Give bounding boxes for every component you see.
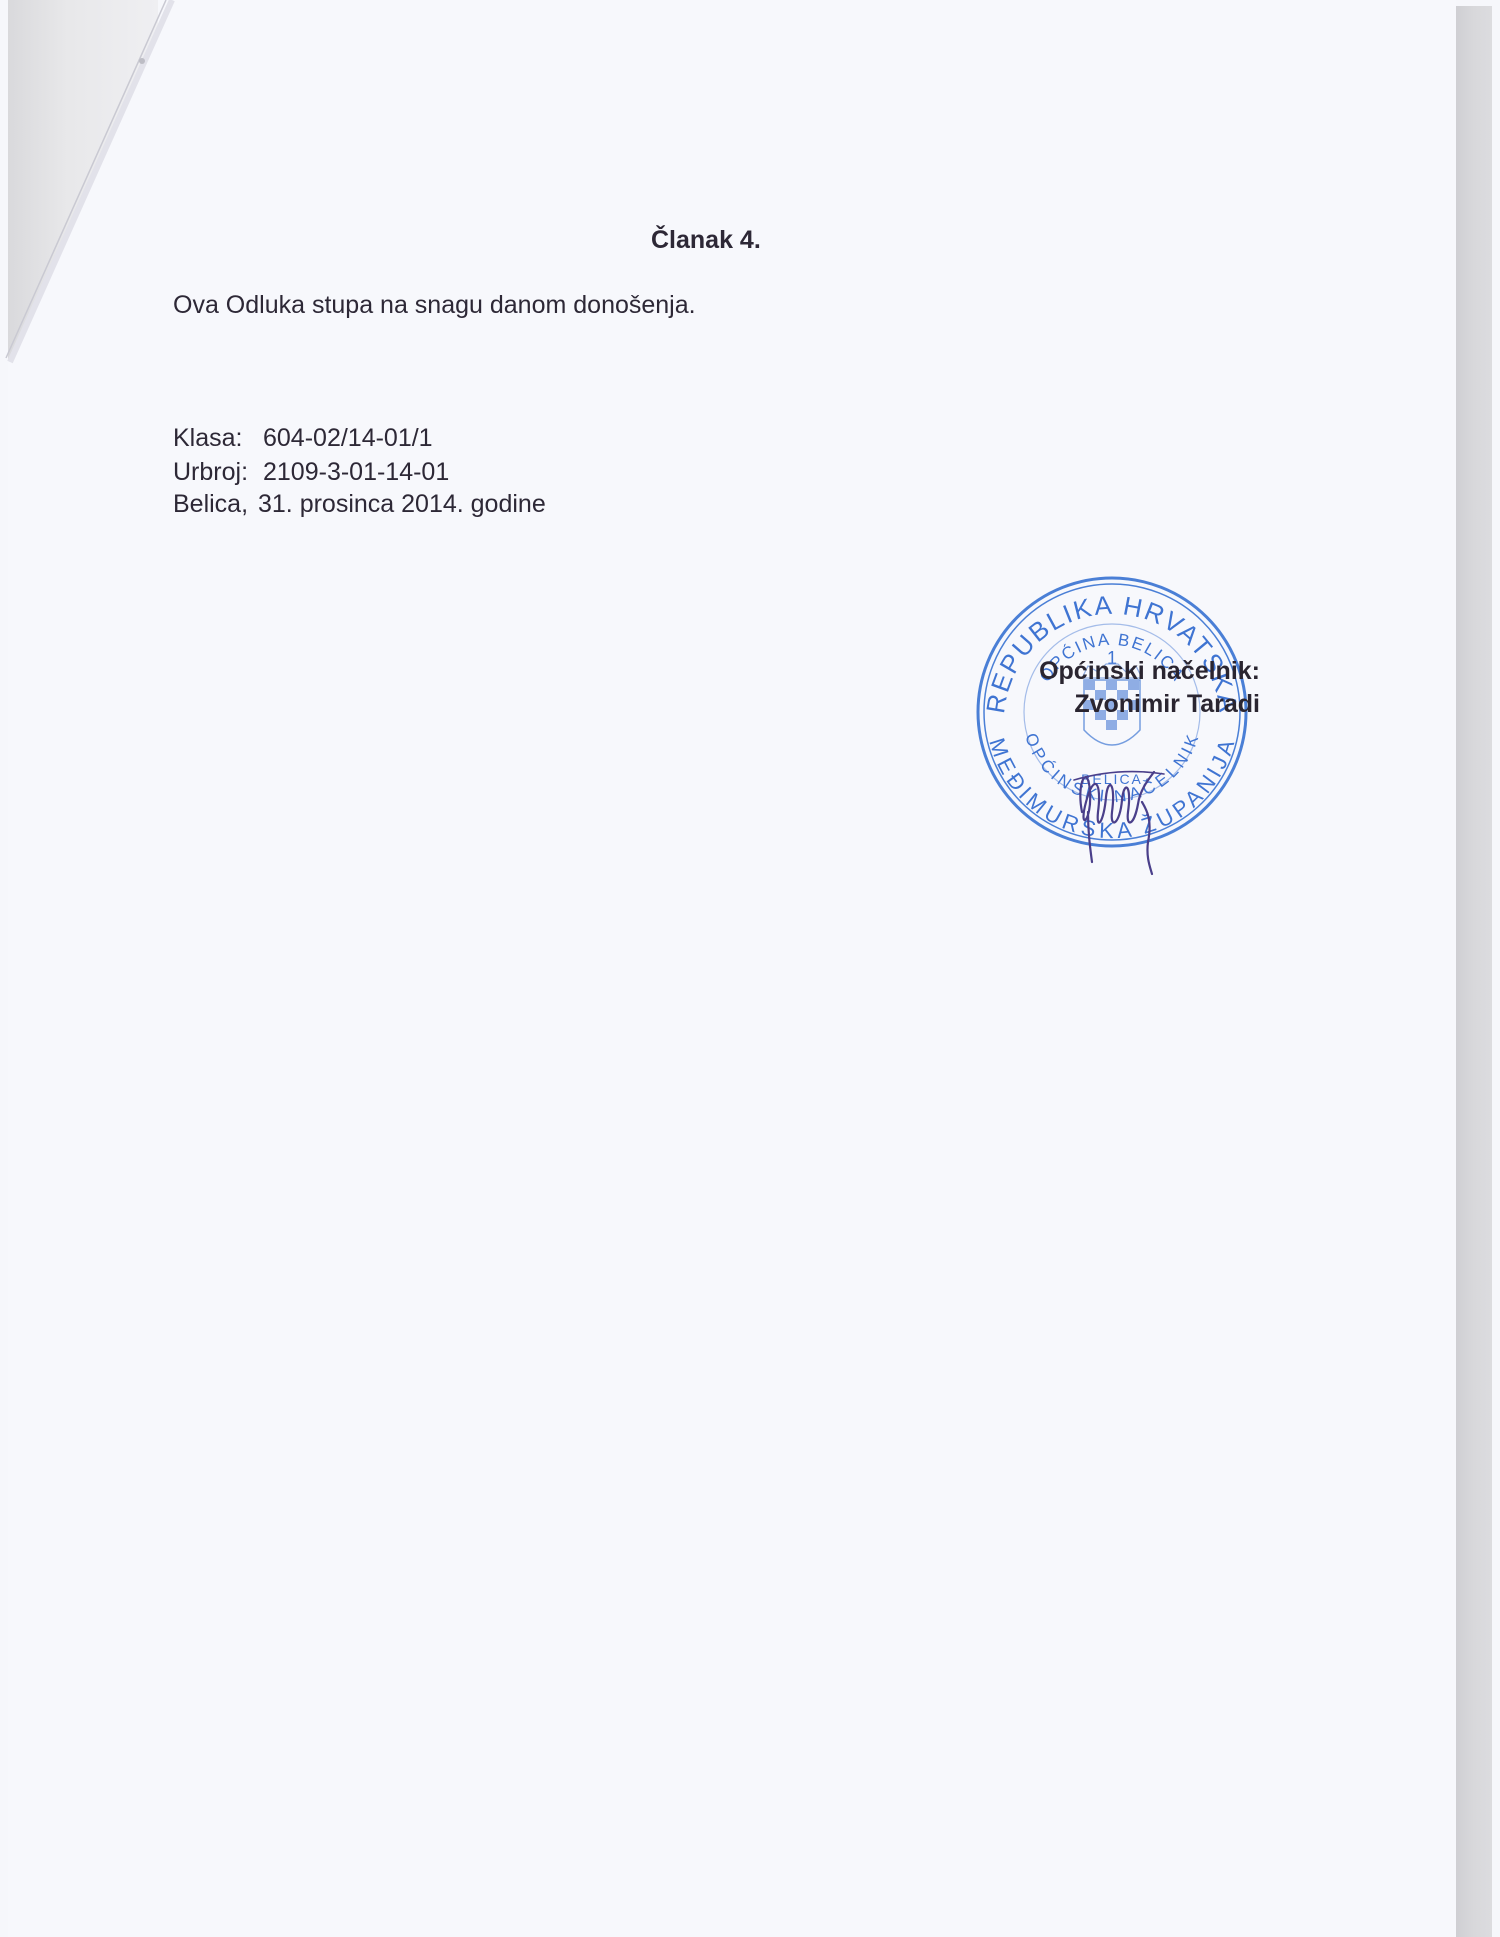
meta-label: Belica,	[173, 490, 258, 519]
signatory-name: Zvonimir Taradi	[1074, 690, 1260, 719]
meta-label: Urbroj:	[173, 458, 263, 487]
meta-value: 604-02/14-01/1	[263, 424, 433, 452]
meta-label: Klasa:	[173, 424, 263, 453]
article-body: Ova Odluka stupa na snagu danom donošenj…	[173, 291, 696, 320]
handwritten-signature-icon	[1068, 752, 1178, 882]
meta-urbroj: Urbroj:2109-3-01-14-01	[173, 458, 449, 487]
meta-value: 31. prosinca 2014. godine	[258, 490, 546, 518]
signatory-title: Općinski načelnik:	[1039, 657, 1260, 686]
article-heading: Članak 4.	[651, 226, 761, 255]
meta-klasa: Klasa:604-02/14-01/1	[173, 424, 433, 453]
meta-value: 2109-3-01-14-01	[263, 458, 449, 486]
meta-place-date: Belica,31. prosinca 2014. godine	[173, 490, 546, 519]
underlying-page-right	[1456, 6, 1492, 1937]
